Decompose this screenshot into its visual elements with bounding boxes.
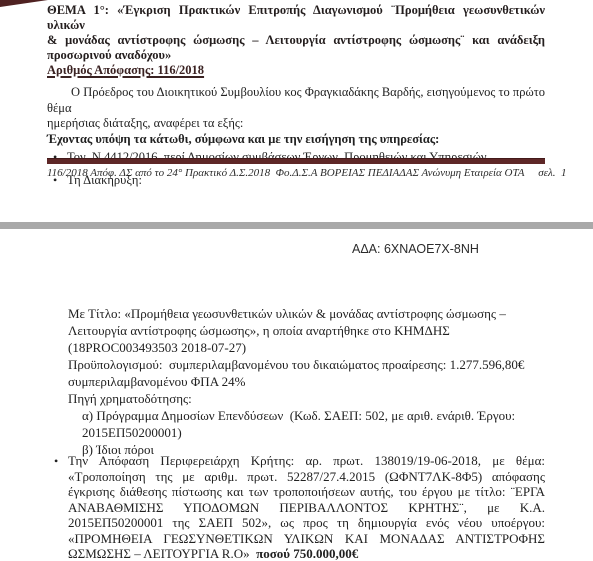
body-line: Με Τίτλο: «Προμήθεια γεωσυνθετικών υλικώ… — [68, 305, 545, 322]
decision-bullet-paragraph: • Την Απόφαση Περιφερειάρχη Κρήτης: αρ. … — [54, 453, 545, 561]
page-divider — [0, 222, 593, 229]
heading-line: & μονάδας αντίστροφης ώσμωσης – Λειτουργ… — [47, 33, 545, 48]
cropped-rule-corner — [0, 0, 48, 7]
document-viewport: { "colors": { "maroon_rule": "#5e2727", … — [0, 0, 593, 561]
body-line: Πηγή χρηματοδότησης: — [68, 390, 545, 407]
bullet-line-last: ΩΣΜΩΣΗΣ – ΛΕΙΤΟΥΡΓΙΑ R.O» ποσού 750.000,… — [68, 546, 545, 561]
having-regard-line: Έχοντας υπόψη τα κάτωθι, σύμφωνα και με … — [47, 132, 545, 148]
heading-line: ΘΕΜΑ 1°: «Έγκριση Πρακτικών Επιτροπής Δι… — [47, 3, 545, 33]
bullet-line: 2015ΕΠ50200001 της ΣΑΕΠ 502», ως προς τη… — [68, 515, 545, 531]
body-line: Προϋπολογισμού: συμπεριλαμβανομένου του … — [68, 356, 545, 373]
page-footer: 116/2018 Απόφ. ΔΣ από το 24° Πρακτικό Δ.… — [47, 167, 567, 180]
page2-content: Με Τίτλο: «Προμήθεια γεωσυνθετικών υλικώ… — [68, 305, 545, 458]
body-line: Λειτουργία αντίστροφης ώσμωσης», η οποία… — [68, 322, 545, 339]
bullet-line: έγκρισης διάθεσης πίστωσης και των τροπο… — [68, 484, 545, 500]
bullet-line: «ΠΡΟΜΗΘΕΙΑ ΓΕΩΣΥΝΘΕΤΙΚΩΝ ΥΛΙΚΩΝ ΚΑΙ ΜΟΝΑ… — [68, 531, 545, 547]
topic-heading: ΘΕΜΑ 1°: «Έγκριση Πρακτικών Επιτροπής Δι… — [47, 3, 545, 78]
bullet-line: ΑΝΑΒΑΘΜΙΣΗΣ ΥΠΟΔΟΜΩΝ ΠΕΡΙΒΑΛΛΟΝΤΟΣ ΚΡΗΤΗ… — [68, 500, 545, 516]
decision-number: Αριθμός Απόφασης: 116/2018 — [47, 63, 545, 78]
heading-line: προσωρινού αναδόχου» — [47, 48, 545, 63]
body-line: 2015ΕΠ50200001) — [68, 424, 545, 441]
body-line: συμπεριλαμβανομένου ΦΠΑ 24% — [68, 373, 545, 390]
bullet-icon: • — [54, 454, 58, 470]
body-line: (18PROC003493503 2018-07-27) — [68, 339, 545, 356]
intro-paragraph: Ο Πρόεδρος του Διοικητικού Συμβουλίου κο… — [47, 85, 545, 147]
bullet-line: Την Απόφαση Περιφερειάρχη Κρήτης: αρ. πρ… — [68, 453, 545, 469]
amount-text: ποσού 750.000,00€ — [256, 546, 358, 561]
intro-line: ημερήσιας διάταξης, αναφέρει τα εξής: — [47, 116, 545, 132]
body-line: α) Πρόγραμμα Δημοσίων Επενδύσεων (Κωδ. Σ… — [68, 407, 545, 424]
bullet-line-text: ΩΣΜΩΣΗΣ – ΛΕΙΤΟΥΡΓΙΑ R.O» — [68, 546, 256, 561]
bullet-line: «Τροποποίηση της με αριθμ. πρωτ. 52287/2… — [68, 469, 545, 485]
bullet-paragraph-text: • Την Απόφαση Περιφερειάρχη Κρήτης: αρ. … — [54, 453, 545, 561]
intro-line: Ο Πρόεδρος του Διοικητικού Συμβουλίου κο… — [47, 85, 545, 116]
footer-rule — [47, 158, 545, 164]
ada-code: ΑΔΑ: 6ΧΝΑΟΕ7Χ-8ΝΗ — [352, 242, 479, 256]
